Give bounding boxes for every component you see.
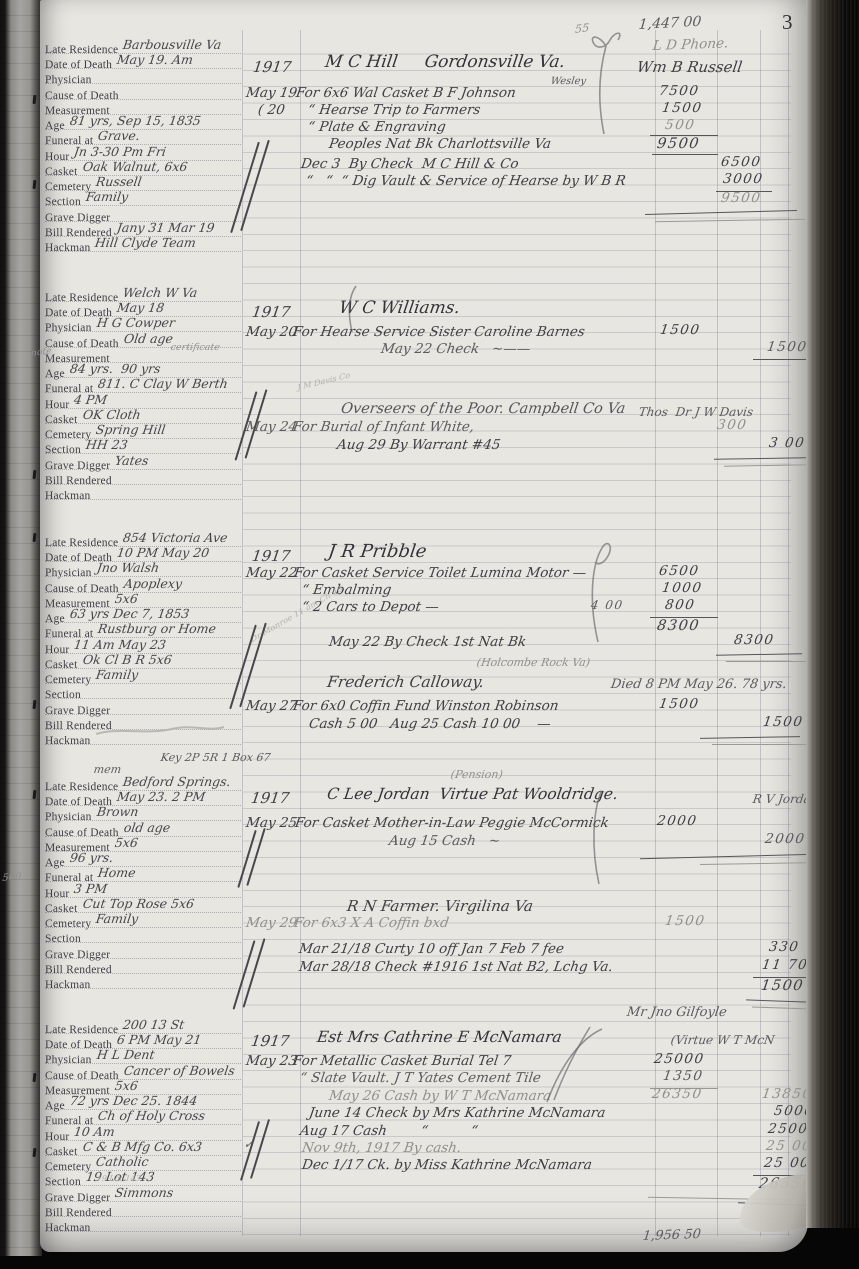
- field-value: C & B Mfg Co. 6x3: [82, 1141, 203, 1154]
- column-rule: [717, 30, 718, 1236]
- field-value: Ok Cl B R 5x6: [82, 654, 173, 667]
- line-text: For 6x6 Wal Casket B F Johnson: [295, 87, 517, 101]
- field-row: CasketCut Top Rose 5x6: [45, 899, 241, 913]
- line-text: Aug 29 By Warrant #45: [336, 439, 501, 453]
- field-value: May 19. Am: [116, 54, 194, 67]
- field-value: old age: [123, 822, 171, 835]
- field-value: May 23. 2 PM: [116, 791, 206, 804]
- credit-amount: 2500: [767, 1123, 809, 1137]
- field-row: Age81 yrs, Sep 15, 1835: [45, 116, 241, 130]
- field-value: Oak Walnut, 6x6: [82, 161, 188, 174]
- line-text: “ Hearse Trip to Farmers: [307, 104, 481, 118]
- field-row: PhysicianH L Dent: [45, 1050, 241, 1064]
- phone-note: L D Phone.: [652, 37, 729, 53]
- line-text: For 6x3 X A Coffin bxd: [293, 917, 450, 931]
- sub-account-title: Frederich Calloway.: [326, 675, 485, 691]
- line-date: May 20: [245, 326, 298, 340]
- account-title-right: (Virtue W T McN: [670, 1034, 775, 1046]
- debit-amount: 300: [716, 419, 748, 433]
- field-row: Funeral atGrave.: [45, 131, 241, 145]
- credit-amount: 330: [768, 941, 800, 955]
- account-title: J R Pribble: [327, 543, 428, 561]
- line-text: Aug 15 Cash ~: [388, 835, 501, 849]
- line-text: “ Slate Vault. J T Yates Cement Tile: [299, 1072, 542, 1086]
- field-label: Hackman: [45, 490, 90, 502]
- field-value: Apoplexy: [123, 578, 183, 591]
- field-value: Family: [95, 669, 139, 682]
- line-text: “ Embalming: [301, 584, 392, 598]
- field-value: Rustburg or Home: [97, 623, 217, 636]
- credit-amount: 1500: [762, 716, 804, 730]
- field-row: HackmanHill Clyde Team: [45, 238, 241, 252]
- field-value: 10 PM May 20: [116, 547, 210, 560]
- field-value: Catholic: [95, 1156, 149, 1169]
- line-text: May 22 Check ~——: [380, 343, 531, 357]
- debit-amount: 1500: [658, 698, 700, 712]
- line-date: May 29: [245, 917, 298, 931]
- line-date: May 27: [245, 700, 298, 714]
- field-label: Section: [45, 444, 81, 456]
- field-label: Section: [45, 689, 81, 701]
- field-row: Hackman: [45, 1218, 241, 1232]
- field-row: Bill Rendered: [45, 716, 241, 730]
- client-note: Mr Jno Gilfoyle: [626, 1006, 728, 1019]
- credit-amount: 1500: [766, 341, 808, 355]
- field-row: Section: [45, 929, 241, 943]
- field-value: 6 PM May 21: [116, 1034, 202, 1047]
- pension-note: (Pension): [450, 769, 504, 780]
- field-label: Physician: [45, 1054, 92, 1066]
- field-value: 811. C Clay W Berth: [97, 378, 229, 391]
- field-value: 5x6: [114, 1080, 139, 1093]
- line-date: May 19: [245, 87, 298, 101]
- line-text: For Casket Mother-in-Law Peggie McCormic…: [294, 817, 610, 831]
- field-row: Grave Digger: [45, 945, 241, 959]
- locality-note: (Holcombe Rock Va): [476, 657, 591, 668]
- field-value: Family: [85, 191, 129, 204]
- line-date: May 23: [245, 1055, 298, 1069]
- mem-note: mem: [93, 764, 122, 775]
- field-label: Hackman: [45, 979, 90, 991]
- debit-amount: 2000: [656, 815, 698, 829]
- field-row: Hackman: [45, 975, 241, 989]
- account-title-right: Wm B Russell: [636, 60, 743, 75]
- credit-total-amount: 1500: [760, 979, 805, 994]
- field-value: 4 PM: [73, 394, 108, 407]
- line-text: “ Plate & Engraving: [307, 121, 447, 135]
- sub-account-title: R N Farmer. Virgilina Va: [346, 899, 534, 914]
- field-value: 3 PM: [73, 883, 108, 896]
- field-value: Spring Hill: [95, 424, 166, 437]
- top-amount-note: 1,447 00: [638, 15, 702, 32]
- field-label: Section: [45, 933, 81, 945]
- certificate-note: certificate: [170, 343, 220, 353]
- field-label: Physician: [45, 567, 92, 579]
- line-text: Cash 5 00 Aug 25 Cash 10 00 —: [308, 718, 552, 732]
- field-value: Jany 31 Mar 19: [116, 222, 215, 235]
- field-row: Hour4 PM: [45, 395, 241, 409]
- field-row: CemeteryRussell: [45, 177, 241, 191]
- field-row: PhysicianH G Cowper: [45, 318, 241, 332]
- book-gutter-page-edges: [0, 0, 42, 1256]
- credit-amount: 25 00: [763, 1157, 811, 1171]
- page-grand-total: 1,956 50: [642, 1228, 702, 1243]
- credit-total-amount: 9500: [720, 192, 762, 206]
- debit-total-amount: 26350: [651, 1088, 703, 1102]
- debit-amount: 800: [664, 599, 696, 613]
- total-rule: [726, 661, 806, 662]
- field-row: CemeterySpring Hill: [45, 425, 241, 439]
- key-box-note: Key 2P 5R 1 Box 67: [160, 752, 271, 763]
- field-row: Bill Rendered: [45, 471, 241, 485]
- debit-total-amount: 9500: [656, 137, 701, 152]
- credit-amount: 3 00: [768, 437, 806, 451]
- field-row: Funeral atCh of Holy Cross: [45, 1111, 241, 1125]
- credit-amount: 6500: [720, 156, 762, 170]
- line-text: June 14 Check by Mrs Kathrine McNamara: [308, 1107, 606, 1121]
- field-value: Cut Top Rose 5x6: [82, 898, 195, 911]
- field-value: Simmons: [114, 1187, 174, 1200]
- line-text: Mar 21/18 Curty 10 off Jan 7 Feb 7 fee: [298, 943, 565, 957]
- sub-account-title-right: Died 8 PM May 26. 78 yrs.: [610, 678, 788, 691]
- field-row: Section19 Lot 143: [45, 1172, 241, 1186]
- field-label: Section: [45, 196, 81, 208]
- field-row: Cause of DeathApoplexy: [45, 579, 241, 593]
- field-row: Bill Rendered: [45, 960, 241, 974]
- field-row: Date of DeathMay 19. Am: [45, 55, 241, 69]
- sub-account-title: Overseers of the Poor. Campbell Co Va: [340, 402, 626, 417]
- total-rule: [753, 359, 808, 360]
- book-fore-edge: [806, 0, 859, 1228]
- field-row: PhysicianJno Walsh: [45, 563, 241, 577]
- field-value: HH 23: [85, 439, 128, 452]
- field-value: 11 Am May 23: [73, 639, 167, 652]
- line-text: For Metallic Casket Burial Tel 7: [292, 1055, 512, 1069]
- field-row: CemeteryFamily: [45, 914, 241, 928]
- account-title: C Lee Jordan Virtue Pat Wooldridge.: [326, 787, 619, 803]
- field-value: Barbousville Va: [122, 39, 222, 52]
- field-row: Funeral atHome: [45, 868, 241, 882]
- field-row: Bill Rendered: [45, 1203, 241, 1217]
- pencil-note: 19 Lot 143: [96, 1175, 141, 1183]
- entry-year: 1917: [250, 1034, 290, 1049]
- field-value: Home: [97, 867, 136, 880]
- field-label: Hackman: [45, 1222, 90, 1234]
- credit-amount: 2000: [764, 833, 806, 847]
- field-value: Cancer of Bowels: [123, 1065, 236, 1078]
- field-row: Cause of Death: [45, 86, 241, 100]
- field-label: Physician: [45, 74, 92, 86]
- debit-amount: 25000: [653, 1053, 705, 1067]
- total-rule: [650, 135, 718, 136]
- line-text: For Burial of Infant White,: [292, 421, 475, 435]
- debit-amount: 1500: [664, 915, 706, 929]
- line-text: Dec 1/17 Ck. by Miss Kathrine McNamara: [301, 1159, 593, 1173]
- field-value: Ch of Holy Cross: [97, 1110, 206, 1123]
- field-value: 72 yrs Dec 25. 1844: [69, 1095, 198, 1108]
- field-value: Jn 3-30 Pm Fri: [73, 146, 167, 159]
- field-value: 5x6: [114, 593, 139, 606]
- field-value: Russell: [95, 176, 142, 189]
- credit-amount: 3000: [722, 173, 764, 187]
- field-row: Grave DiggerSimmons: [45, 1188, 241, 1202]
- field-value: H L Dent: [96, 1049, 155, 1062]
- field-row: Cause of DeathCancer of Bowels: [45, 1066, 241, 1080]
- line-superscript: Wesley: [550, 77, 587, 87]
- field-value: Grave.: [97, 130, 141, 143]
- page-number: 3: [782, 10, 793, 35]
- field-row: Date of DeathMay 23. 2 PM: [45, 792, 241, 806]
- inline-amount: 4 00: [590, 599, 624, 611]
- field-row: SectionHH 23: [45, 440, 241, 454]
- line-text: For 6x0 Coffin Fund Winston Robinson: [292, 700, 559, 714]
- field-value: Old age: [123, 333, 174, 346]
- field-value: Jno Walsh: [96, 562, 160, 575]
- field-row: SectionFamily: [45, 192, 241, 206]
- debit-total-amount: 8300: [656, 619, 701, 634]
- debit-amount: 1350: [662, 1070, 704, 1084]
- debit-amount: 1500: [659, 324, 701, 338]
- field-value: 84 yrs. 90 yrs: [69, 363, 161, 376]
- field-row: Grave DiggerYates: [45, 456, 241, 470]
- field-value: 200 13 St: [122, 1019, 185, 1032]
- field-label: Section: [45, 1176, 81, 1188]
- field-value: Brown: [96, 806, 139, 819]
- column-rule: [242, 30, 243, 1236]
- field-value: Bedford Springs.: [122, 776, 231, 789]
- line-text: May 22 By Check 1st Nat Bk: [328, 636, 527, 650]
- field-row: CasketOk Cl B R 5x6: [45, 655, 241, 669]
- line-date: ( 20: [257, 104, 286, 118]
- field-value: 5x6: [114, 837, 139, 850]
- field-row: Age96 yrs.: [45, 853, 241, 867]
- field-row: Cause of Deathold age: [45, 823, 241, 837]
- field-value: Welch W Va: [122, 287, 198, 300]
- entry-year: 1917: [251, 549, 291, 564]
- field-row: Hackman: [45, 486, 241, 500]
- sweep-rule: [712, 744, 807, 745]
- debit-amount: 1500: [661, 102, 703, 116]
- flourish-note: 55: [575, 22, 589, 35]
- field-row: Funeral atRustburg or Home: [45, 624, 241, 638]
- entry-year: 1917: [251, 305, 291, 320]
- line-text: Peoples Nat Bk Charlottsville Va: [328, 138, 552, 152]
- field-value: 63 yrs Dec 7, 1853: [69, 608, 190, 621]
- debit-amount: 500: [664, 119, 696, 133]
- entry-year: 1917: [252, 60, 292, 75]
- field-value: 854 Victoria Ave: [122, 532, 228, 545]
- field-value: 81 yrs, Sep 15, 1835: [69, 115, 202, 128]
- field-row: Hackman: [45, 731, 241, 745]
- line-date: May 25: [245, 817, 298, 831]
- field-value: Family: [95, 913, 139, 926]
- field-row: Section: [45, 685, 241, 699]
- gutter-margin-mark: 500: [2, 872, 22, 884]
- field-row: Funeral at811. C Clay W Berth: [45, 379, 241, 393]
- debit-amount: 1000: [661, 582, 703, 596]
- field-row: Physician: [45, 70, 241, 84]
- line-text: For Hearse Service Sister Caroline Barne…: [292, 326, 586, 340]
- line-text: For Casket Service Toilet Lumina Motor —: [293, 567, 587, 581]
- line-date: May 22: [245, 567, 298, 581]
- line-text: Nov 9th, 1917 By cash.: [301, 1142, 462, 1156]
- scanned-ledger-photo: 500 3 1,447 00 L D Phone. Late Residence…: [0, 0, 859, 1269]
- field-value: Hill Clyde Team: [94, 237, 197, 250]
- account-title: M C Hill Gordonsville Va.: [324, 54, 566, 71]
- field-value: Yates: [114, 455, 149, 468]
- total-rule: [652, 154, 718, 155]
- line-text: “ “ “ Dig Vault & Service of Hearse by W…: [305, 175, 626, 189]
- debit-amount: 7500: [658, 85, 700, 99]
- debit-amount: 6500: [658, 565, 700, 579]
- field-value: 96 yrs.: [69, 852, 114, 865]
- field-label: Hackman: [45, 242, 90, 254]
- field-value: H G Cowper: [96, 317, 176, 330]
- field-value: OK Cloth: [82, 409, 141, 422]
- line-text: May 26 Cash by W T McNamara: [328, 1090, 552, 1104]
- field-value: 10 Am: [73, 1126, 116, 1139]
- account-title: Est Mrs Cathrine E McNamara: [316, 1030, 563, 1046]
- account-title: W C Williams.: [338, 300, 461, 317]
- field-label: Physician: [45, 322, 92, 334]
- entry-year: 1917: [250, 791, 290, 806]
- line-text: Mar 28/18 Check #1916 1st Nat B2, Lchg V…: [298, 961, 614, 975]
- line-text: Dec 3 By Check M C Hill & Co: [300, 158, 519, 172]
- field-row: PhysicianBrown: [45, 807, 241, 821]
- field-value: May 18: [116, 302, 165, 315]
- field-label: Physician: [45, 811, 92, 823]
- line-text: Aug 17 Cash “ “: [299, 1125, 479, 1139]
- field-row: CemeteryFamily: [45, 670, 241, 684]
- credit-amount: 8300: [733, 634, 775, 648]
- field-label: Hackman: [45, 735, 90, 747]
- field-row: Grave Digger: [45, 701, 241, 715]
